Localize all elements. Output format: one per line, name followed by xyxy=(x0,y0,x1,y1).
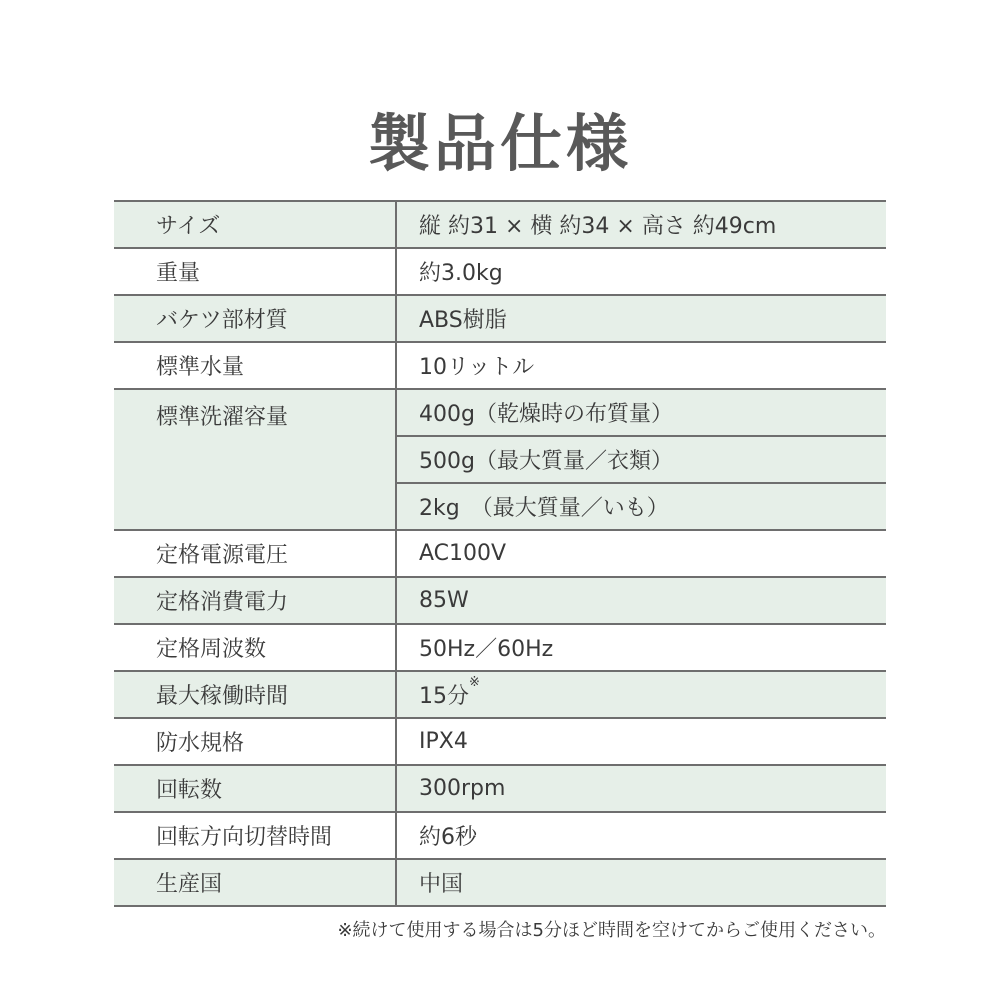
spec-row-frequency: 定格周波数 50Hz／60Hz xyxy=(114,624,886,671)
spec-row-weight: 重量 約3.0kg xyxy=(114,248,886,295)
spec-label: 最大稼働時間 xyxy=(114,671,396,718)
spec-label: 標準洗濯容量 xyxy=(114,389,396,530)
spec-row-size: サイズ 縦 約31 × 横 約34 × 高さ 約49cm xyxy=(114,201,886,248)
spec-table: サイズ 縦 約31 × 横 約34 × 高さ 約49cm 重量 約3.0kg バ… xyxy=(114,200,886,907)
spec-value: 縦 約31 × 横 約34 × 高さ 約49cm xyxy=(396,201,886,248)
spec-value: 500g（最大質量／衣類） xyxy=(396,436,886,483)
spec-value-text: 15分 xyxy=(419,684,469,709)
footnote: ※続けて使用する場合は5分ほど時間を空けてからご使用ください。 xyxy=(337,916,886,942)
spec-label: 標準水量 xyxy=(114,342,396,389)
spec-row-rotation-switch: 回転方向切替時間 約6秒 xyxy=(114,812,886,859)
spec-row-water-volume: 標準水量 10リットル xyxy=(114,342,886,389)
spec-value: 2kg （最大質量／いも） xyxy=(396,483,886,530)
spec-label: 定格周波数 xyxy=(114,624,396,671)
spec-row-wash-capacity: 標準洗濯容量 400g（乾燥時の布質量） xyxy=(114,389,886,436)
spec-value: ABS樹脂 xyxy=(396,295,886,342)
spec-value: 15分※ xyxy=(396,671,886,718)
spec-label: 回転方向切替時間 xyxy=(114,812,396,859)
spec-value: 約3.0kg xyxy=(396,248,886,295)
spec-row-max-operation: 最大稼働時間 15分※ xyxy=(114,671,886,718)
spec-value: 10リットル xyxy=(396,342,886,389)
spec-value: 中国 xyxy=(396,859,886,906)
spec-label: 重量 xyxy=(114,248,396,295)
spec-row-rpm: 回転数 300rpm xyxy=(114,765,886,812)
spec-value: 400g（乾燥時の布質量） xyxy=(396,389,886,436)
spec-label: 防水規格 xyxy=(114,718,396,765)
spec-label: サイズ xyxy=(114,201,396,248)
spec-row-material: バケツ部材質 ABS樹脂 xyxy=(114,295,886,342)
page-title: 製品仕様 xyxy=(0,104,1000,184)
spec-label: 定格消費電力 xyxy=(114,577,396,624)
spec-label: バケツ部材質 xyxy=(114,295,396,342)
spec-row-voltage: 定格電源電圧 AC100V xyxy=(114,530,886,577)
spec-label: 生産国 xyxy=(114,859,396,906)
spec-row-waterproof: 防水規格 IPX4 xyxy=(114,718,886,765)
spec-row-power: 定格消費電力 85W xyxy=(114,577,886,624)
spec-value: 300rpm xyxy=(396,765,886,812)
spec-value: 50Hz／60Hz xyxy=(396,624,886,671)
spec-value: 85W xyxy=(396,577,886,624)
spec-value: IPX4 xyxy=(396,718,886,765)
note-mark: ※ xyxy=(469,675,480,690)
spec-value: 約6秒 xyxy=(396,812,886,859)
spec-label: 定格電源電圧 xyxy=(114,530,396,577)
spec-label: 回転数 xyxy=(114,765,396,812)
spec-value: AC100V xyxy=(396,530,886,577)
spec-row-origin: 生産国 中国 xyxy=(114,859,886,906)
